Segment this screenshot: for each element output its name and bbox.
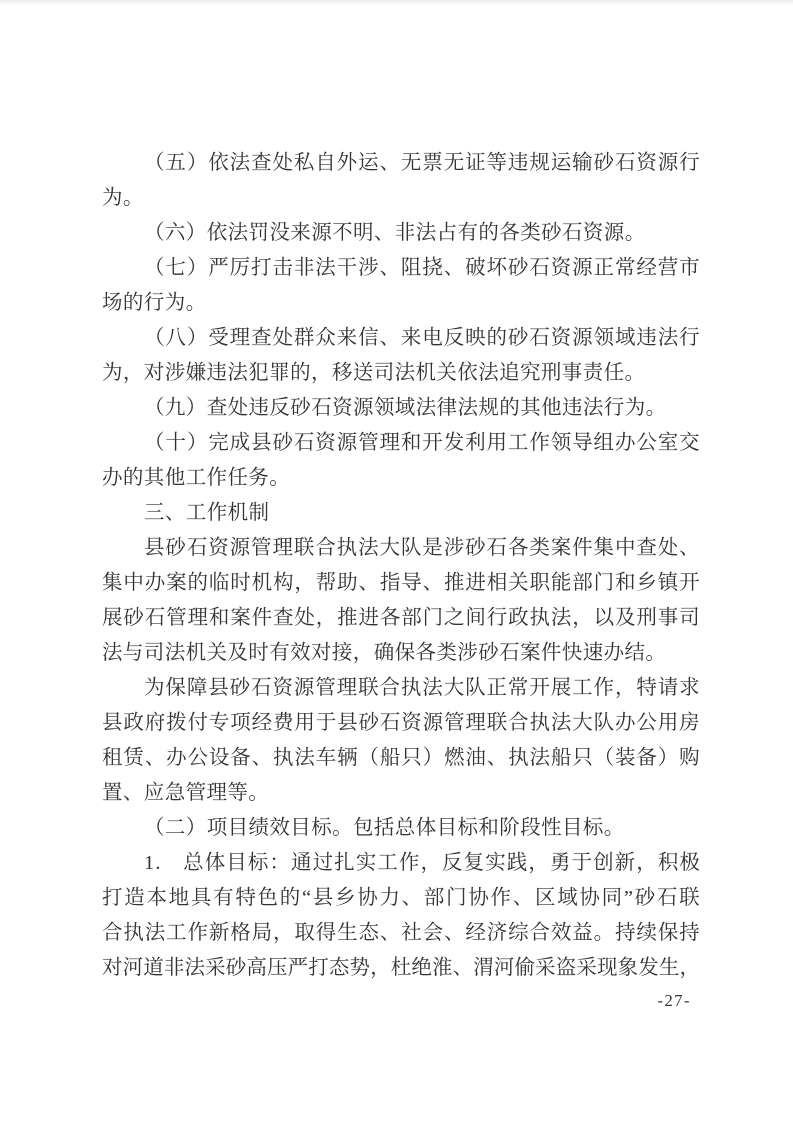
page-number: -27- bbox=[658, 992, 692, 1010]
text-line: 合执法工作新格局，取得生态、社会、经济综合效益。持续保持 bbox=[102, 916, 700, 951]
text-line: （十）完成县砂石资源管理和开发利用工作领导组办公室交 bbox=[102, 426, 700, 461]
text-line: （二）项目绩效目标。包括总体目标和阶段性目标。 bbox=[102, 811, 700, 846]
text-line: 集中办案的临时机构，帮助、指导、推进相关职能部门和乡镇开 bbox=[102, 566, 700, 601]
text-line: 县砂石资源管理联合执法大队是涉砂石各类案件集中查处、 bbox=[102, 531, 700, 566]
text-line: （六）依法罚没来源不明、非法占有的各类砂石资源。 bbox=[102, 216, 700, 251]
text-line: （七）严厉打击非法干涉、阻挠、破坏砂石资源正常经营市 bbox=[102, 251, 700, 286]
text-line: 租赁、办公设备、执法车辆（船只）燃油、执法船只（装备）购 bbox=[102, 741, 700, 776]
text-line: 1. 总体目标：通过扎实工作，反复实践，勇于创新，积极 bbox=[102, 846, 700, 881]
text-line: 县政府拨付专项经费用于县砂石资源管理联合执法大队办公用房 bbox=[102, 706, 700, 741]
text-line: 法与司法机关及时有效对接，确保各类涉砂石案件快速办结。 bbox=[102, 636, 700, 671]
text-line: （九）查处违反砂石资源领域法律法规的其他违法行为。 bbox=[102, 391, 700, 426]
document-body: （五）依法查处私自外运、无票无证等违规运输砂石资源行为。（六）依法罚没来源不明、… bbox=[102, 146, 700, 986]
text-line: 置、应急管理等。 bbox=[102, 776, 700, 811]
text-line: 打造本地具有特色的“县乡协力、部门协作、区域协同”砂石联 bbox=[102, 881, 700, 916]
scan-shadow bbox=[0, 0, 793, 5]
text-line: （八）受理查处群众来信、来电反映的砂石资源领域违法行 bbox=[102, 321, 700, 356]
text-line: 为，对涉嫌违法犯罪的，移送司法机关依法追究刑事责任。 bbox=[102, 356, 700, 391]
text-line: （五）依法查处私自外运、无票无证等违规运输砂石资源行 bbox=[102, 146, 700, 181]
text-line: 场的行为。 bbox=[102, 286, 700, 321]
text-line: 展砂石管理和案件查处，推进各部门之间行政执法，以及刑事司 bbox=[102, 601, 700, 636]
text-line: 办的其他工作任务。 bbox=[102, 461, 700, 496]
text-line: 三、工作机制 bbox=[102, 496, 700, 531]
text-line: 为保障县砂石资源管理联合执法大队正常开展工作，特请求 bbox=[102, 671, 700, 706]
text-line: 为。 bbox=[102, 181, 700, 216]
document-page: （五）依法查处私自外运、无票无证等违规运输砂石资源行为。（六）依法罚没来源不明、… bbox=[0, 0, 793, 1122]
text-line: 对河道非法采砂高压严打态势，杜绝淮、渭河偷采盗采现象发生， bbox=[102, 951, 700, 986]
